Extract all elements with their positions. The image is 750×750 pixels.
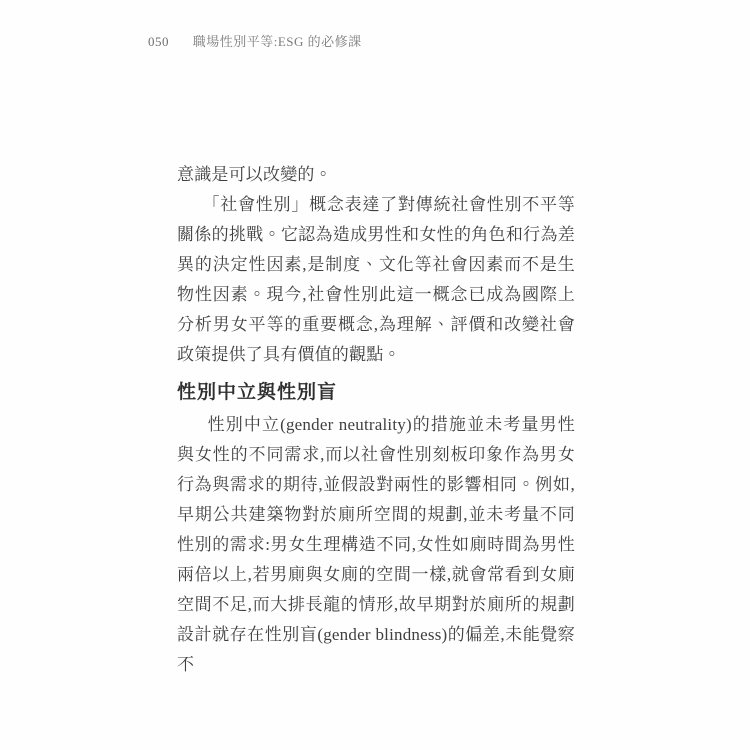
page-number: 050	[148, 34, 169, 50]
paragraph-gender-neutrality: 性別中立(gender neutrality)的措施並未考量男性與女性的不同需求…	[177, 410, 575, 680]
page-header: 050 職場性別平等:ESG 的必修課	[148, 31, 362, 50]
paragraph-social-gender: 「社會性別」概念表達了對傳統社會性別不平等關係的挑戰。它認為造成男性和女性的角色…	[177, 190, 575, 370]
book-page: 050 職場性別平等:ESG 的必修課 意識是可以改變的。 「社會性別」概念表達…	[0, 0, 750, 750]
page-content: 意識是可以改變的。 「社會性別」概念表達了對傳統社會性別不平等關係的挑戰。它認為…	[177, 160, 575, 680]
section-heading: 性別中立與性別盲	[177, 380, 575, 406]
running-title: 職場性別平等:ESG 的必修課	[193, 34, 362, 49]
paragraph-continuation: 意識是可以改變的。	[177, 160, 575, 190]
